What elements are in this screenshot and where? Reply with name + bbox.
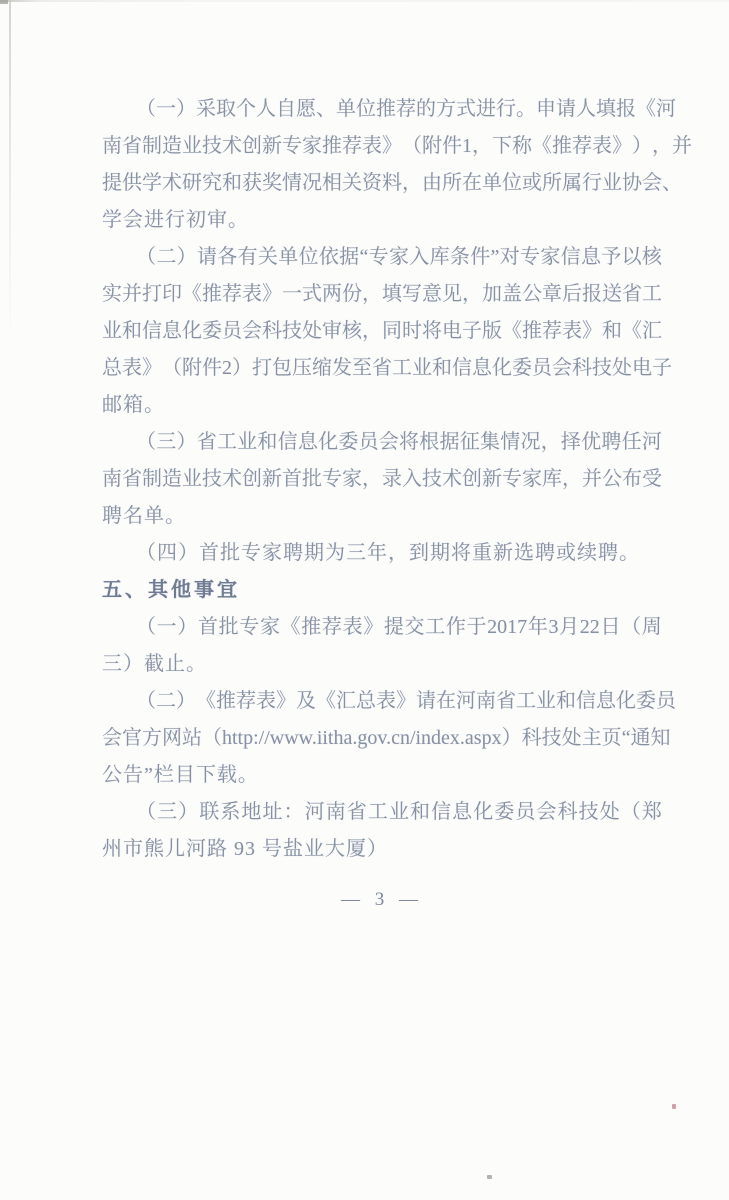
text-line: （二）《推荐表》及《汇总表》请在河南省工业和信息化委员 [102,683,662,720]
text-line: （四）首批专家聘期为三年，到期将重新选聘或续聘。 [102,535,662,572]
scan-speck-gray [487,1175,492,1179]
text-line: 邮箱。 [102,387,662,424]
text-line: （三）省工业和信息化委员会将根据征集情况，择优聘任河 [102,424,662,461]
text-line: 提供学术研究和获奖情况相关资料，由所在单位或所属行业协会、 [102,165,662,202]
text-block: （一）采取个人自愿、单位推荐的方式进行。申请人填报《河南省制造业技术创新专家推荐… [102,91,662,868]
text-line: 南省制造业技术创新首批专家，录入技术创新专家库，并公布受 [102,461,662,498]
scan-left-edge-line [9,0,11,340]
text-line: 总表》（附件2）打包压缩发至省工业和信息化委员会科技处电子 [102,350,662,387]
text-line: （一）首批专家《推荐表》提交工作于2017年3月22日（周 [102,609,662,646]
page-number: — 3 — [102,884,662,916]
document-page: （一）采取个人自愿、单位推荐的方式进行。申请人填报《河南省制造业技术创新专家推荐… [0,0,729,1200]
text-line: 三）截止。 [102,646,662,683]
text-line: 公告”栏目下载。 [102,757,662,794]
section-heading: 五、其他事宜 [102,572,662,609]
text-line: 南省制造业技术创新专家推荐表》（附件1，下称《推荐表》），并 [102,128,662,165]
text-line: （三）联系地址：河南省工业和信息化委员会科技处（郑 [102,794,662,831]
text-line: 聘名单。 [102,498,662,535]
text-line: 业和信息化委员会科技处审核，同时将电子版《推荐表》和《汇 [102,313,662,350]
scan-top-left-mark [0,0,8,4]
scan-top-edge-line [0,0,729,2]
scan-speck-red [672,1104,676,1109]
text-line: （一）采取个人自愿、单位推荐的方式进行。申请人填报《河 [102,91,662,128]
text-line: 实并打印《推荐表》一式两份，填写意见，加盖公章后报送省工 [102,276,662,313]
text-line: （二）请各有关单位依据“专家入库条件”对专家信息予以核 [102,239,662,276]
text-line: 会官方网站（http://www.iitha.gov.cn/index.aspx… [102,720,662,757]
text-line: 州市熊儿河路 93 号盐业大厦） [102,831,662,868]
text-line: 学会进行初审。 [102,202,662,239]
